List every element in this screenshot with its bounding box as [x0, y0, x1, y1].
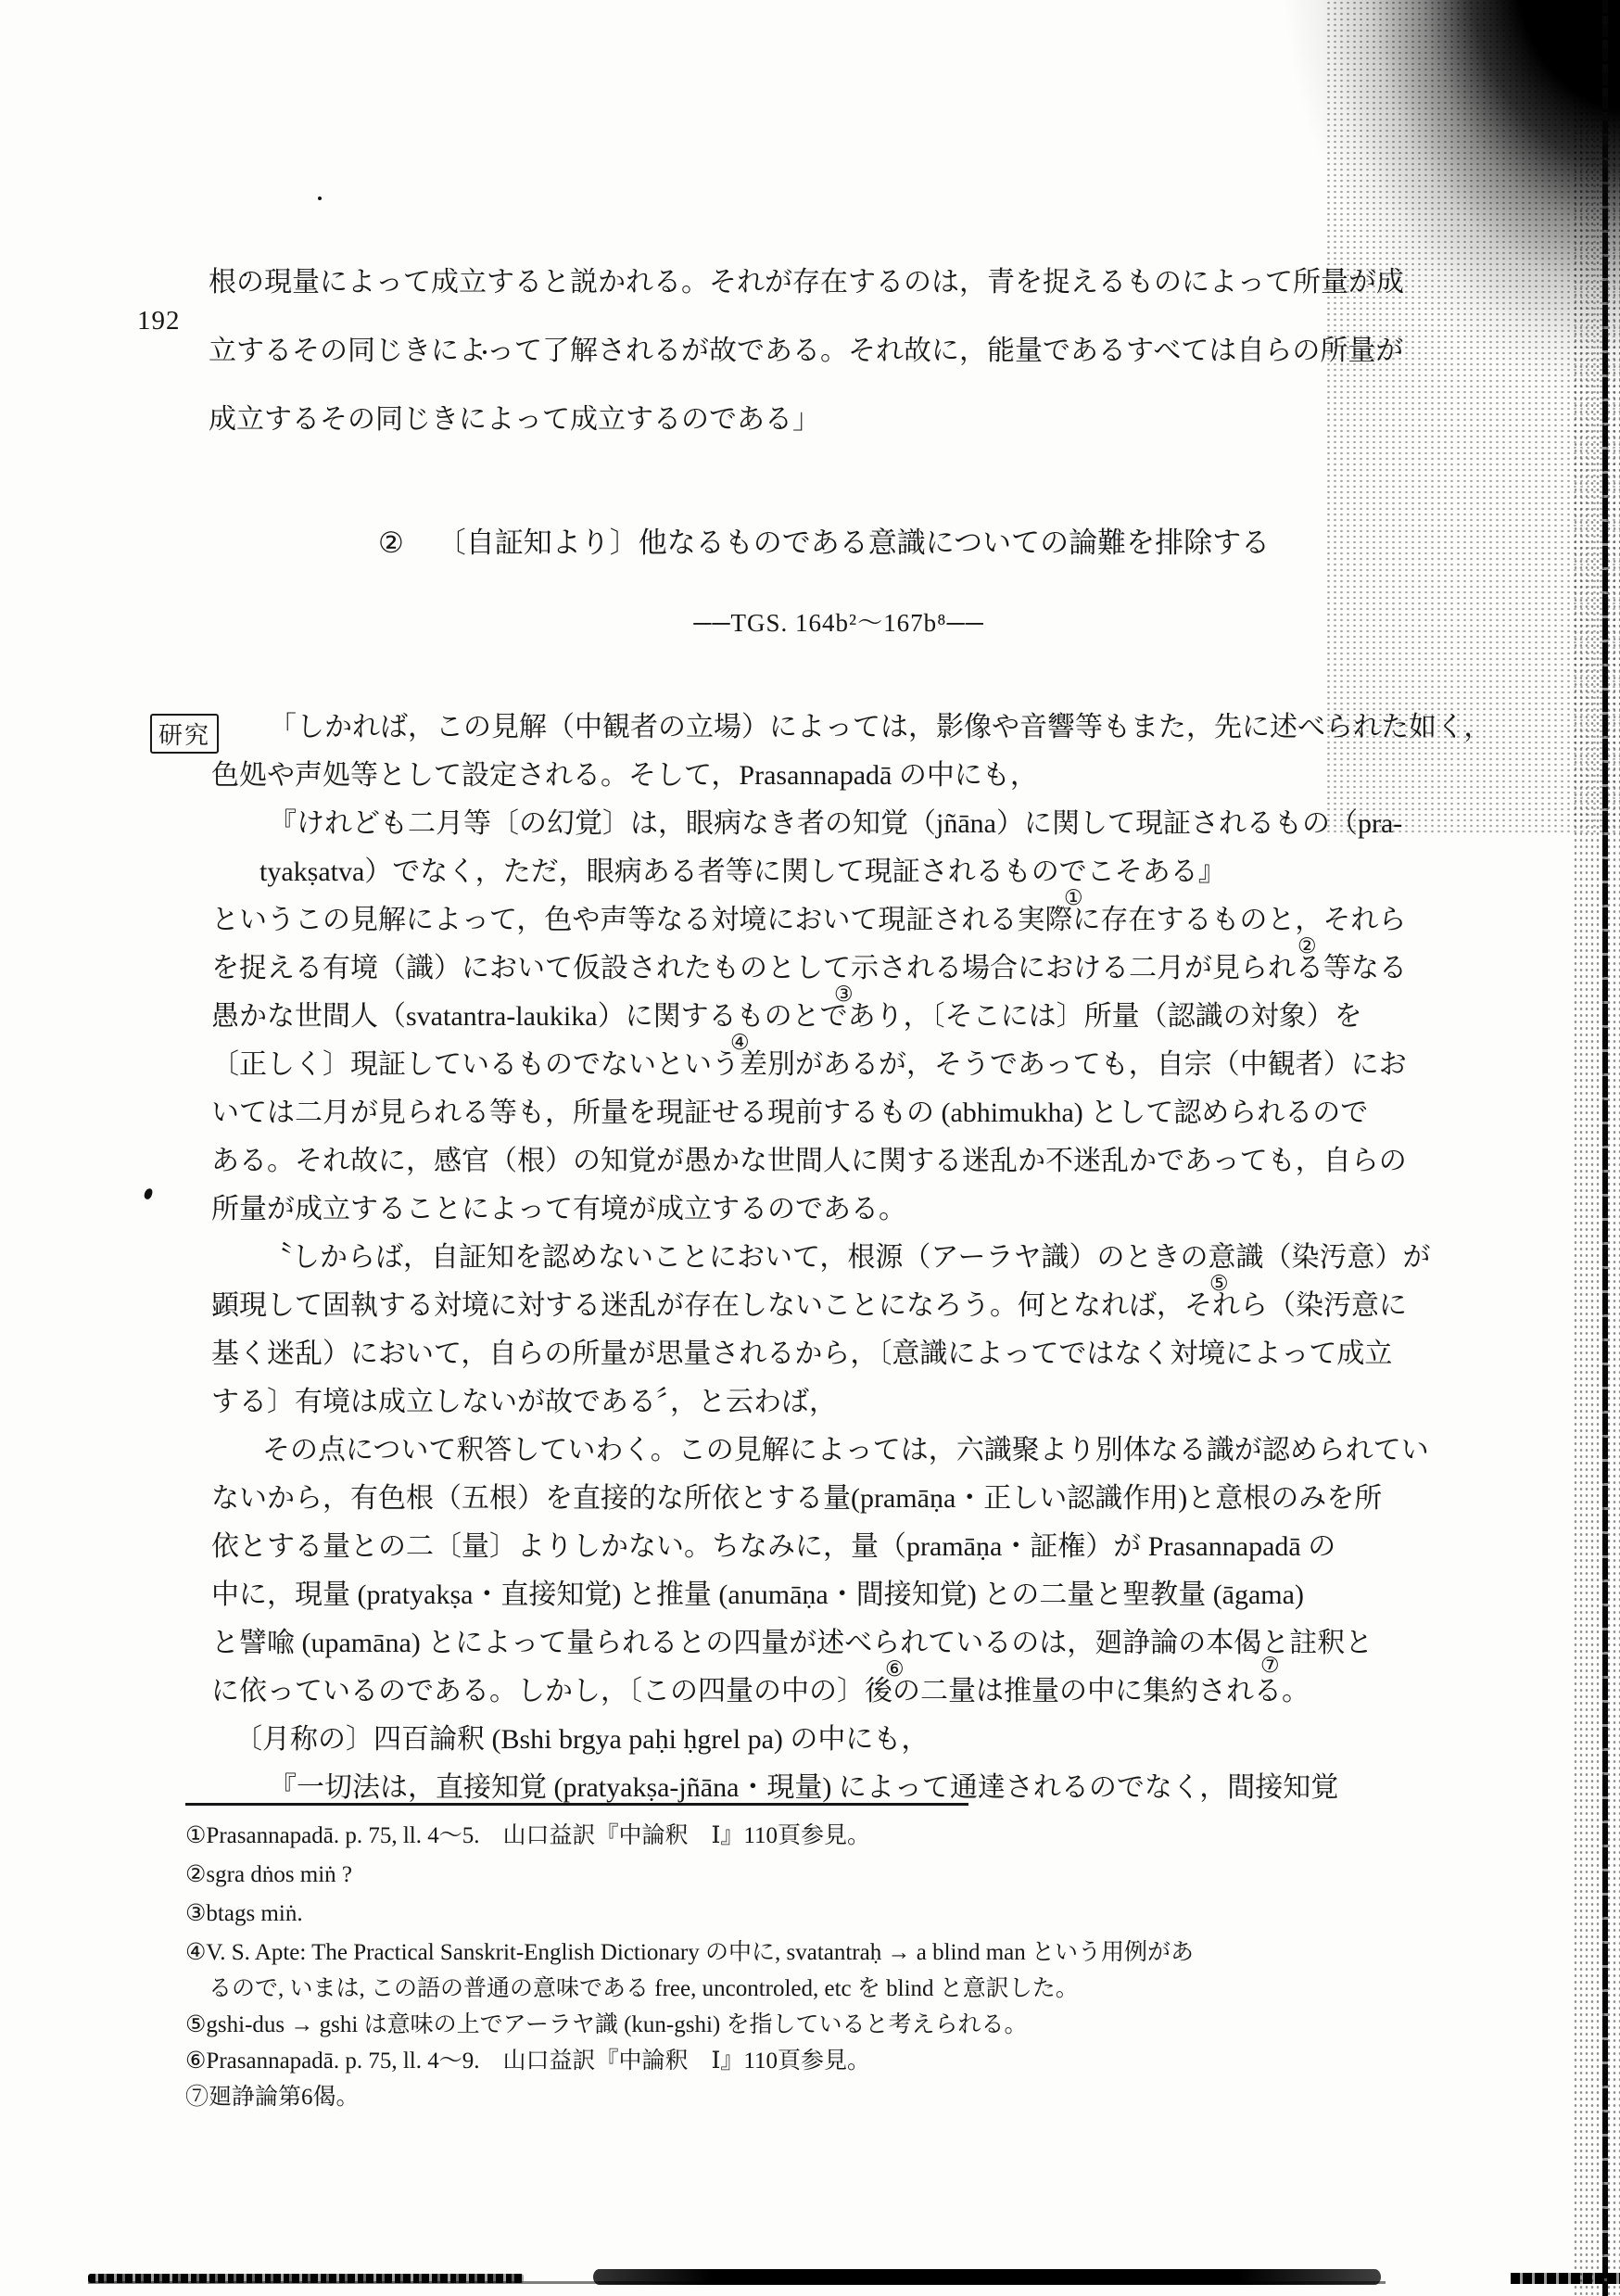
section-number-badge: ② [378, 526, 404, 559]
body-line: 『けれども二月等〔の幻覚〕は，眼病なき者の知覚（jñāna）に関して現証されるも… [211, 806, 1490, 854]
scan-edge-streak [1602, 0, 1608, 2296]
footnote-line: ④V. S. Apte: The Practical Sanskrit-Engl… [185, 1939, 1501, 1967]
scan-speck [318, 197, 322, 200]
source-reference: ──TGS. 164b²〜167b⁸── [209, 603, 1469, 639]
body-line: いては二月が見られる等も，所量を現証せる現前するもの (abhimukha) と… [211, 1095, 1490, 1143]
footnote-line: ⑥Prasannapadā. p. 75, ll. 4〜9. 山口益訳『中論釈 … [185, 2048, 1501, 2075]
footnote-separator-rule [185, 1803, 968, 1806]
body-line: 所量が成立することによって有境が成立するのである。 [211, 1191, 1490, 1239]
scan-bottom-bar-right [1511, 2273, 1620, 2284]
body-line: 中に，現量 (pratyakṣa・直接知覚) と推量 (anumāṇa・間接知覚… [211, 1577, 1490, 1625]
section-title: 〔自証知より〕他なるものである意識についての論難を排除する [437, 526, 1270, 559]
footnote-line: ⑦廻諍論第6偈。 [185, 2084, 1501, 2112]
note-marker-4: ④ [730, 1033, 750, 1054]
page-number: 192 [137, 306, 181, 336]
body-line: ある。それ故に，感官（根）の知覚が愚かな世間人に関する迷乱か不迷乱かであっても，… [211, 1143, 1490, 1191]
footnote-line: ⑤gshi-dus → gshi は意味の上でアーラヤ識 (kun-gshi) … [185, 2011, 1501, 2039]
body-line: 『一切法は，直接知覚 (pratyakṣa-jñāna・現量) によって通達され… [211, 1770, 1490, 1818]
footnote-line: るので, いまは, この語の普通の意味である free, uncontroled… [185, 1975, 1525, 2003]
body-line: ないから，有色根（五根）を直接的な所依とする量(pramāṇa・正しい認識作用)… [211, 1480, 1490, 1529]
body-line: 顕現して固執する対境に対する迷乱が存在しないことになろう。何となれば，それら（染… [211, 1288, 1490, 1336]
scan-bottom-bar-left [88, 2274, 524, 2283]
note-marker-1: ① [1064, 888, 1083, 909]
body-line: と譬喩 (upamāna) とによって量られるとの四量が述べられているのは，廻諍… [211, 1625, 1490, 1673]
scan-speck [244, 273, 247, 276]
body-line: その点について釈答していわく。この見解によっては，六識聚より別体なる識が認められ… [211, 1432, 1490, 1480]
body-line: に依っているのである。しかし，〔この四量の中の〕後の二量は推量の中に集約される。 [211, 1673, 1490, 1721]
body-line: 〔正しく〕現証しているものでないという差別があるが，そうであっても，自宗（中観者… [211, 1047, 1490, 1095]
body-line: 基く迷乱）において，自らの所量が思量されるから，〔意識によってではなく対境によっ… [211, 1336, 1490, 1384]
note-marker-2: ② [1297, 936, 1317, 958]
note-marker-5: ⑤ [1209, 1274, 1229, 1295]
footnote-line: ③btags miṅ. [185, 1900, 1501, 1928]
body-line: 色処や声処等として設定される。そして，Prasannapadā の中にも， [211, 757, 1490, 806]
scan-speck [483, 350, 487, 354]
body-line: 依とする量との二〔量〕よりしかない。ちなみに，量（pramāṇa・証権）が Pr… [211, 1529, 1490, 1577]
footnote-line: ①Prasannapadā. p. 75, ll. 4〜5. 山口益訳『中論釈 … [185, 1822, 1501, 1850]
body-line: 「しかれば，この見解（中観者の立場）によっては，影像や音響等もまた，先に述べられ… [211, 709, 1490, 757]
body-line: tyakṣatva）でなく，ただ，眼病ある者等に関して現証されるものでこそある』 [211, 854, 1490, 902]
body-line: 〔月称の〕四百論釈 (Bshi brgya paḥi ḥgrel pa) の中に… [211, 1721, 1490, 1770]
body-text-block: 「しかれば，この見解（中観者の立場）によっては，影像や音響等もまた，先に述べられ… [211, 709, 1490, 1818]
note-marker-7: ⑦ [1260, 1655, 1280, 1677]
scan-speck [144, 1187, 154, 1200]
scan-bottom-bar-center [593, 2269, 1381, 2285]
body-line: する〕有境は成立しないが故である〞，と云わば， [211, 1384, 1490, 1432]
scan-edge-noise [1573, 0, 1620, 2296]
note-marker-6: ⑥ [885, 1659, 905, 1681]
scanned-document-page: 192 根の現量によって成立すると説かれる。それが存在するのは，青を捉えるものに… [0, 0, 1620, 2296]
footnote-line: ②sgra dṅos miṅ ? [185, 1861, 1501, 1889]
study-label-box: 研究 [150, 714, 219, 754]
body-line: 〝しからば，自証知を認めないことにおいて，根源（アーラヤ識）のときの意識（染汚意… [211, 1239, 1490, 1288]
note-marker-3: ③ [834, 984, 854, 1006]
section-heading: ②〔自証知より〕他なるものである意識についての論難を排除する [378, 519, 1270, 561]
